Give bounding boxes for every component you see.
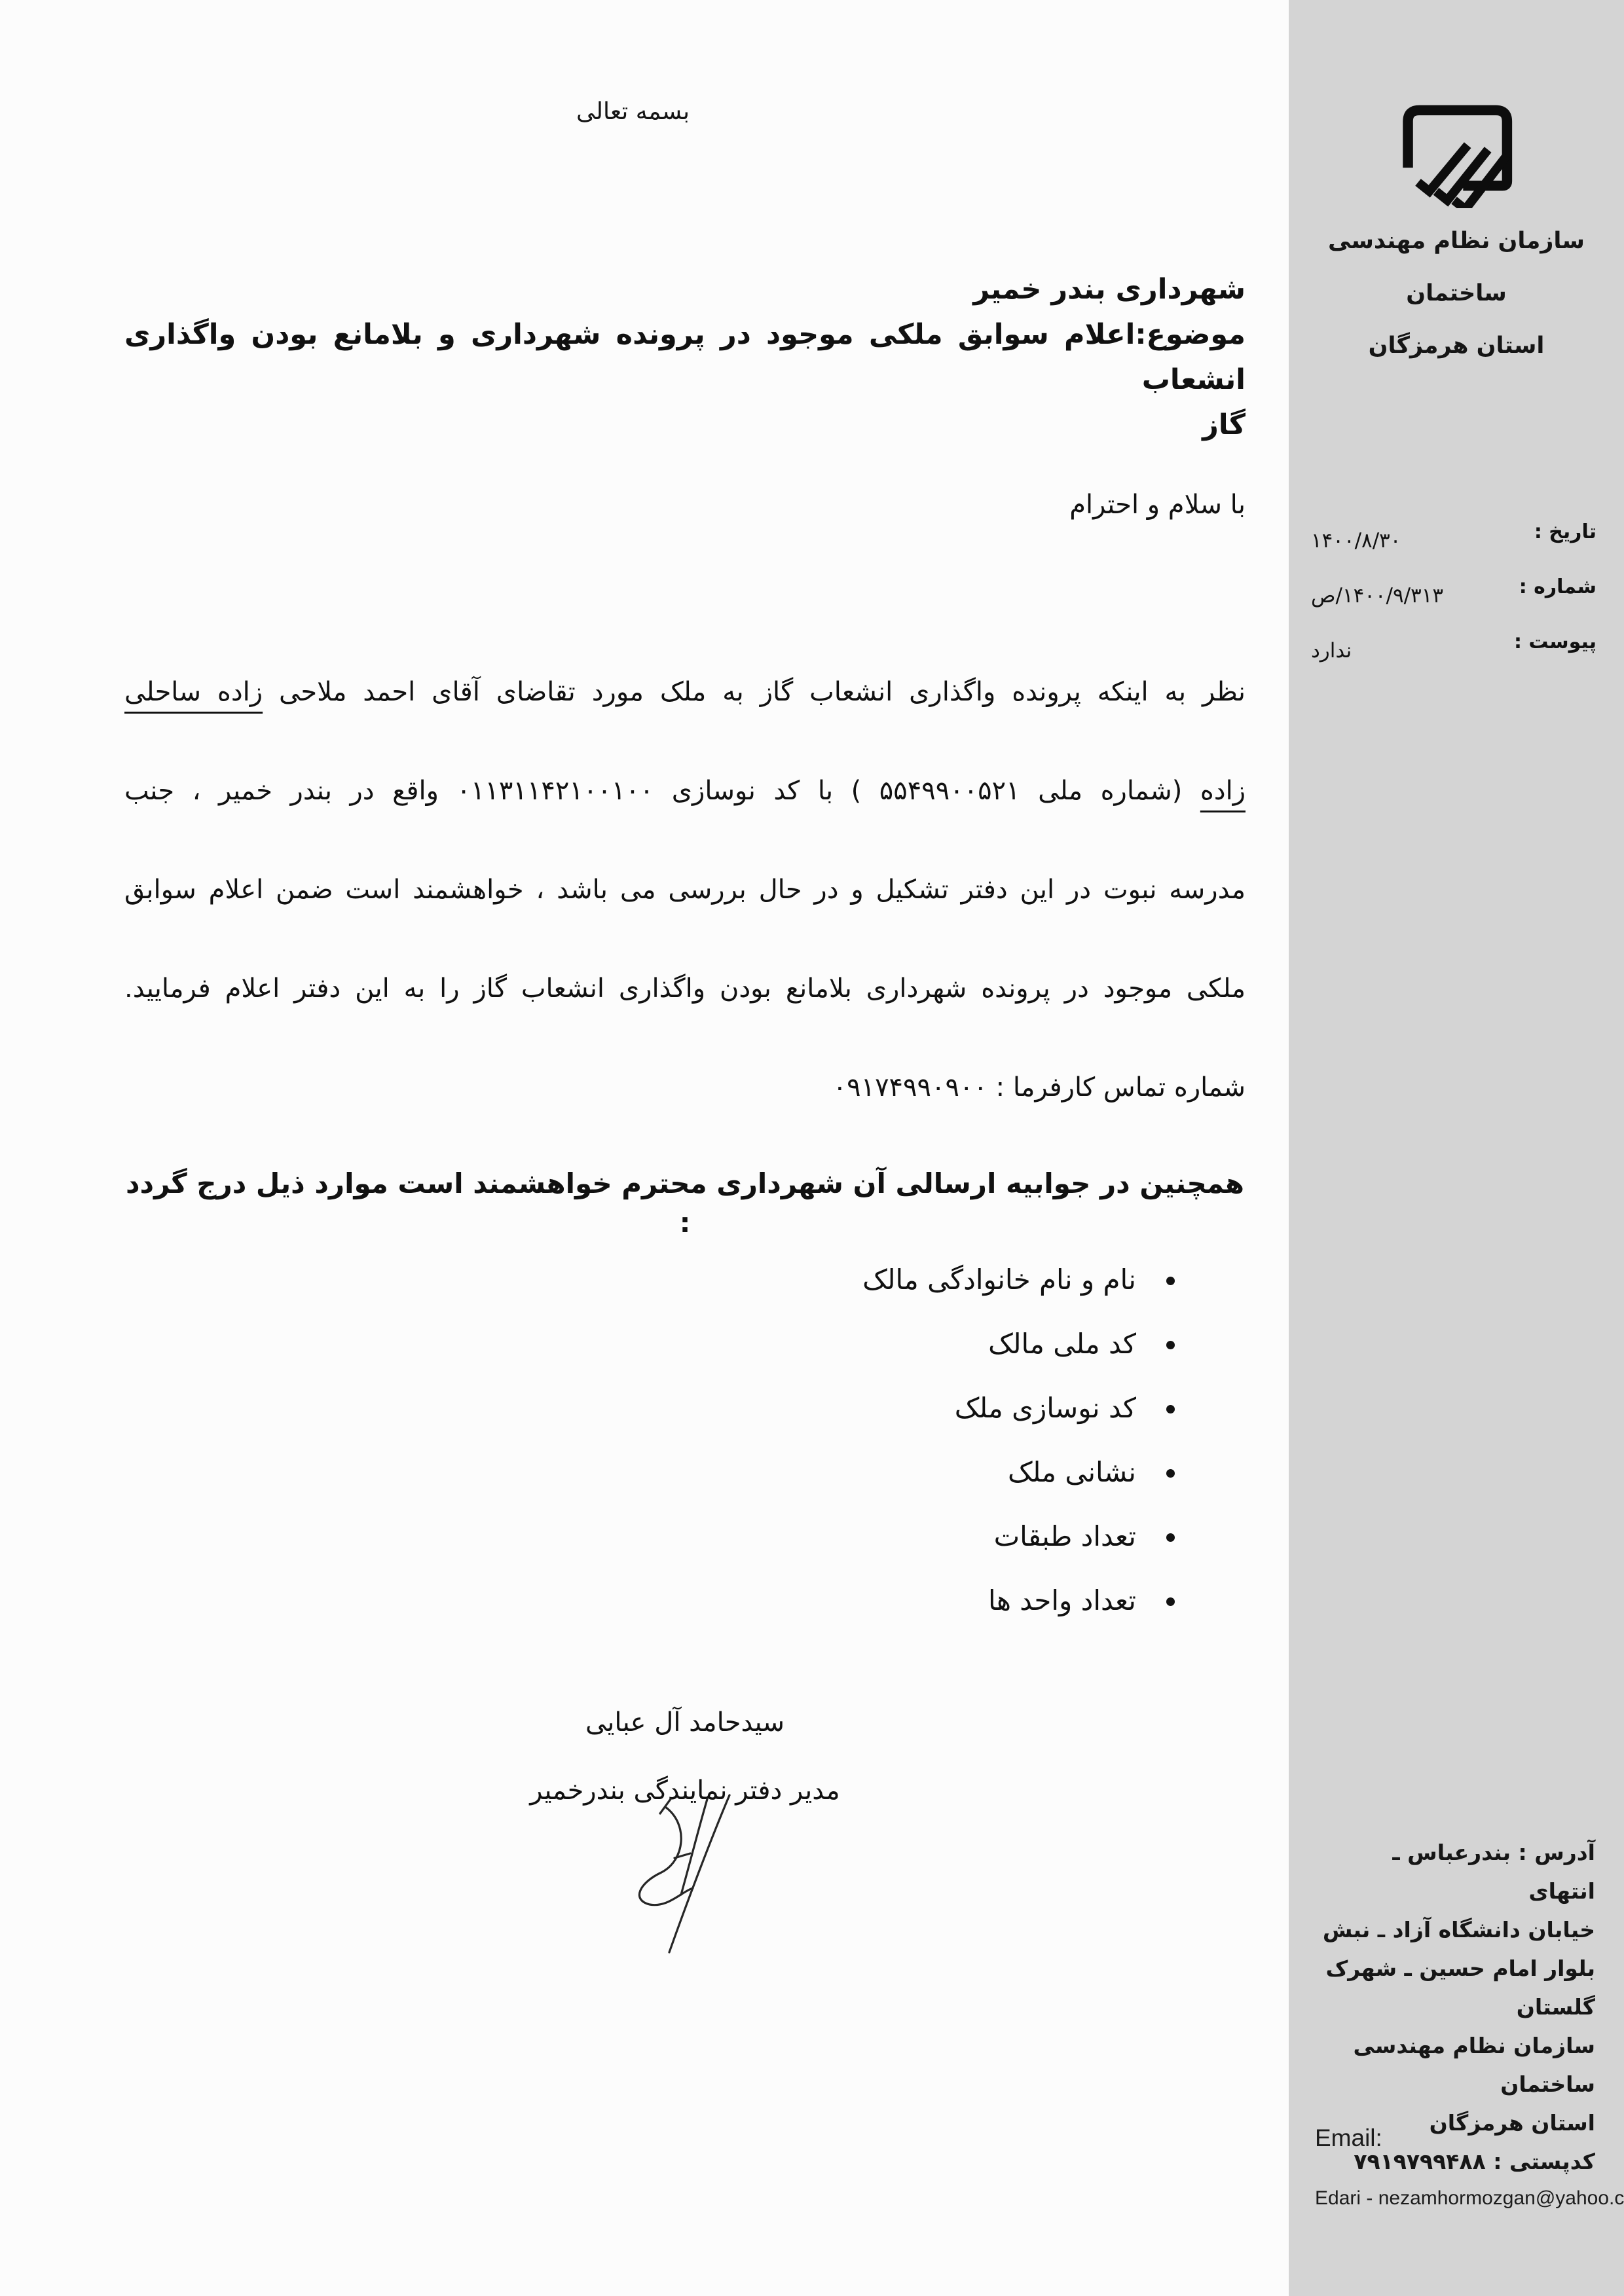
org-name-line1: سازمان نظام مهندسی ساختمان [1289,215,1624,319]
list-item-label: کد ملی مالک [988,1326,1136,1362]
address-line: گلستان [1321,1988,1595,2026]
list-item: نام و نام خانوادگی مالک [862,1262,1175,1298]
bullet-dot-icon [1166,1533,1175,1542]
mountain-frame-logo-icon [1386,96,1527,208]
date-label: تاریخ : [1534,516,1596,549]
list-item: نشانی ملک [862,1455,1175,1490]
email-block: Email: Edari - nezamhormozgan@yahoo.com [1289,2125,1624,2210]
list-item: تعداد واحد ها [862,1583,1175,1618]
letter-page: سازمان نظام مهندسی ساختمان استان هرمزگان… [0,0,1624,2296]
address-line: خیابان دانشگاه آزاد ـ نبش [1321,1910,1595,1949]
list-item-label: نام و نام خانوادگی مالک [862,1262,1136,1298]
meta-row-date: تاریخ : ۱۴۰۰/۸/۳۰ [1311,516,1596,549]
letter-heading: شهرداری بندر خمیر موضوع:اعلام سوابق ملکی… [124,267,1246,448]
request-line: همچنین در جوابیه ارسالی آن شهرداری محترم… [124,1164,1246,1243]
bullet-dot-icon [1166,1341,1175,1349]
list-item-label: تعداد طبقات [994,1519,1136,1554]
address-line: آدرس : بندرعباس ـ انتهای [1321,1833,1595,1910]
salutation-line: با سلام و احترام [124,490,1246,520]
address-line: سازمان نظام مهندسی ساختمان [1321,2026,1595,2104]
bullet-dot-icon [1166,1277,1175,1285]
subject-line-1: موضوع:اعلام سوابق ملکی موجود در پرونده ش… [124,312,1246,403]
attachment-label: پیوست : [1514,626,1596,659]
body-line-1: نظر به اینکه پرونده واگذاری انشعاب گاز ب… [124,673,1246,711]
email-address: Edari - nezamhormozgan@yahoo.com [1315,2187,1604,2210]
organization-logo [1289,96,1624,211]
body-line-1-text: نظر به اینکه پرونده واگذاری انشعاب گاز ب… [263,677,1246,707]
organization-name: سازمان نظام مهندسی ساختمان استان هرمزگان [1289,215,1624,372]
list-item: کد نوسازی ملک [862,1391,1175,1426]
body-paragraph: نظر به اینکه پرونده واگذاری انشعاب گاز ب… [124,673,1246,1167]
bullet-dot-icon [1166,1597,1175,1606]
subject-line-2: گاز [124,403,1246,448]
attachment-value: ندارد [1311,636,1352,665]
bullet-dot-icon [1166,1405,1175,1413]
body-line-3: مدرسه نبوت در این دفتر تشکیل و در حال بر… [124,871,1246,909]
org-name-line2: استان هرمزگان [1289,319,1624,372]
email-label: Email: [1315,2125,1604,2151]
sidebar: سازمان نظام مهندسی ساختمان استان هرمزگان… [1289,0,1624,2296]
underlined-name-part-1: زاده ساحلی [124,677,263,707]
recipient-line: شهرداری بندر خمیر [124,267,1246,312]
address-line: بلوار امام حسین ـ شهرک [1321,1949,1595,1988]
body-line-2: زاده (شماره ملی ۵۵۴۹۹۰۰۵۲۱ ) با کد نوساز… [124,772,1246,810]
date-value: ۱۴۰۰/۸/۳۰ [1311,526,1401,555]
meta-row-number: شماره : ۱۴۰۰/۹/۳۱۳/ص [1311,571,1596,604]
list-item-label: تعداد واحد ها [988,1583,1136,1618]
body-line-4: ملکی موجود در پرونده شهرداری بلامانع بود… [124,970,1246,1008]
number-label: شماره : [1519,571,1596,604]
list-item: تعداد طبقات [862,1519,1175,1554]
list-item: کد ملی مالک [862,1326,1175,1362]
letter-meta: تاریخ : ۱۴۰۰/۸/۳۰ شماره : ۱۴۰۰/۹/۳۱۳/ص پ… [1289,516,1624,681]
required-items-list: نام و نام خانوادگی مالک کد ملی مالک کد ن… [862,1262,1175,1647]
employer-phone-line: شماره تماس کارفرما : ۰۹۱۷۴۹۹۰۹۰۰ [124,1068,1246,1106]
underlined-name-part-2: زاده [1200,776,1246,806]
list-item-label: نشانی ملک [1008,1455,1136,1490]
number-value: ۱۴۰۰/۹/۳۱۳/ص [1311,581,1443,610]
list-item-label: کد نوسازی ملک [955,1391,1136,1426]
meta-row-attachment: پیوست : ندارد [1311,626,1596,659]
body-line-2-text: (شماره ملی ۵۵۴۹۹۰۰۵۲۱ ) با کد نوسازی ۰۱۱… [124,776,1200,806]
handwritten-signature [627,1793,745,1956]
signer-name: سیدحامد آل عبایی [124,1707,1246,1738]
bullet-dot-icon [1166,1469,1175,1478]
